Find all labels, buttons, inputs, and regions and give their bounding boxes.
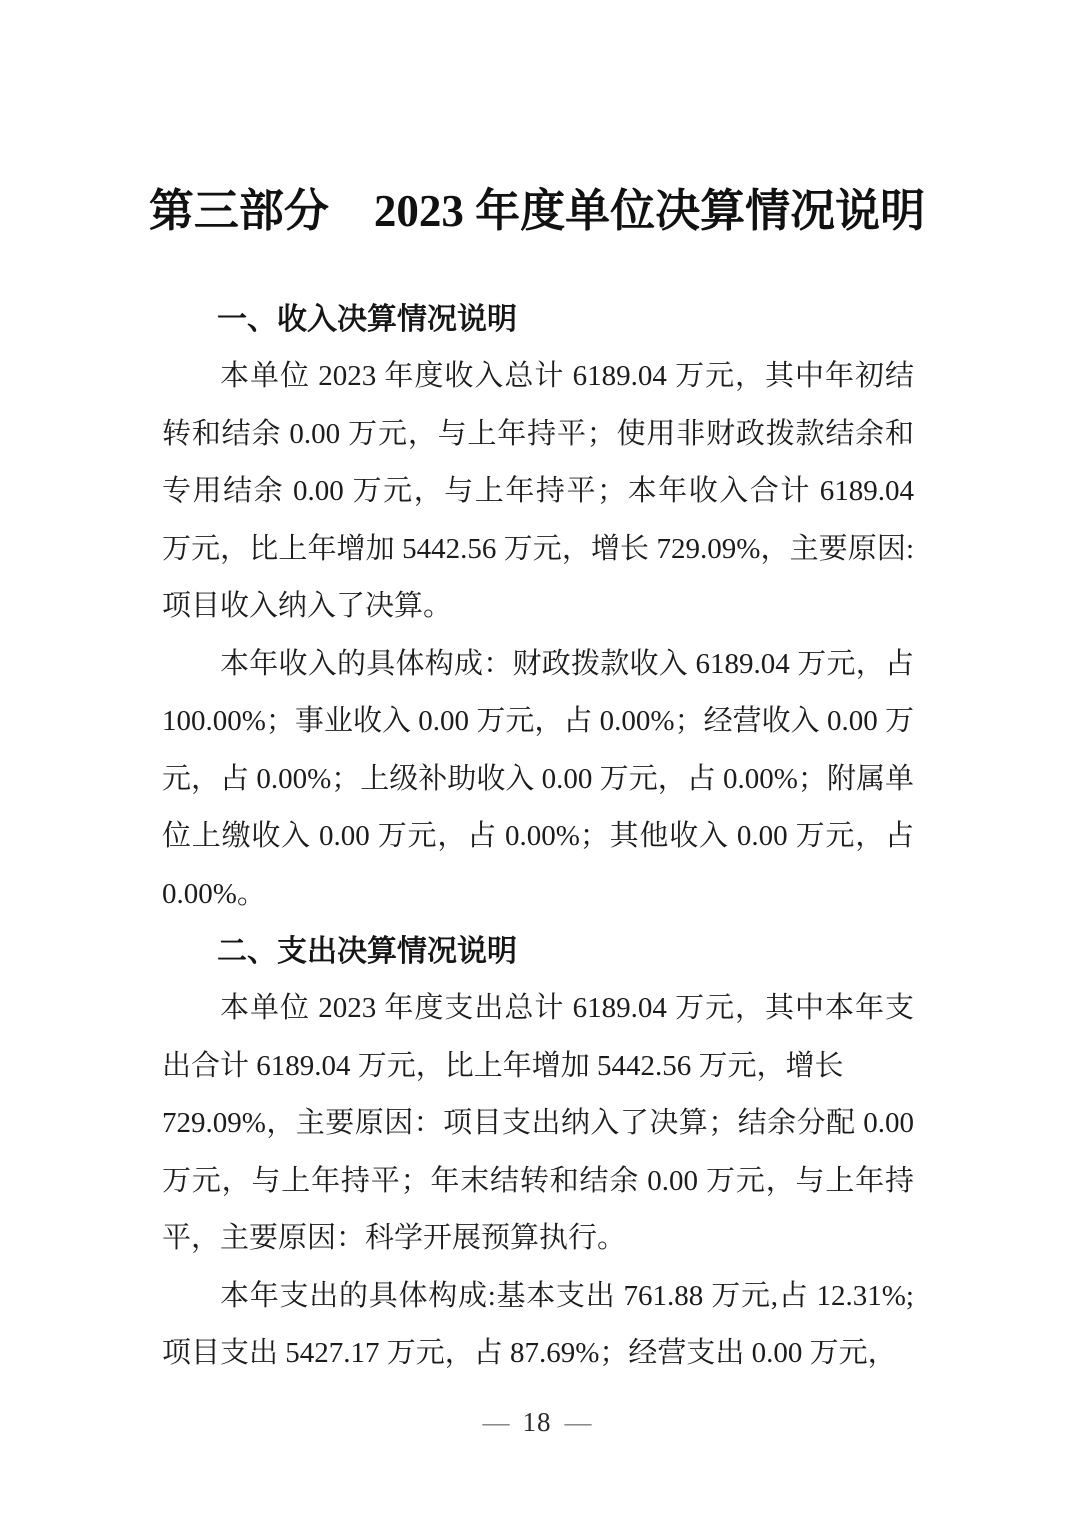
body-line: 万元，比上年增加 5442.56 万元，增长 729.09%，主要原因: xyxy=(162,521,914,579)
body-line: 项目收入纳入了决算。 xyxy=(162,578,914,636)
section-heading: 二、支出决算情况说明 xyxy=(162,923,914,981)
body-line: 项目支出 5427.17 万元，占 87.69%；经营支出 0.00 万元， xyxy=(162,1325,914,1383)
body-line: 本单位 2023 年度支出总计 6189.04 万元，其中本年支 xyxy=(162,980,914,1038)
body-line: 万元，与上年持平；年末结转和结余 0.00 万元，与上年持 xyxy=(162,1153,914,1211)
footer-dash-right: — xyxy=(565,1407,592,1437)
body-line: 100.00%；事业收入 0.00 万元，占 0.00%；经营收入 0.00 万 xyxy=(162,693,914,751)
body-line: 0.00%。 xyxy=(162,866,914,924)
body-line: 729.09%，主要原因：项目支出纳入了决算；结余分配 0.00 xyxy=(162,1095,914,1153)
body-line: 位上缴收入 0.00 万元，占 0.00%；其他收入 0.00 万元，占 xyxy=(162,808,914,866)
body-line: 出合计 6189.04 万元，比上年增加 5442.56 万元，增长 xyxy=(162,1038,914,1096)
body-line: 本单位 2023 年度收入总计 6189.04 万元，其中年初结 xyxy=(162,348,914,406)
page-number: 18 xyxy=(523,1407,552,1437)
body-line: 转和结余 0.00 万元，与上年持平；使用非财政拨款结余和 xyxy=(162,406,914,464)
body-line: 本年支出的具体构成:基本支出 761.88 万元,占 12.31%; xyxy=(162,1268,914,1326)
body-line: 元，占 0.00%；上级补助收入 0.00 万元，占 0.00%；附属单 xyxy=(162,751,914,809)
body-line: 专用结余 0.00 万元，与上年持平；本年收入合计 6189.04 xyxy=(162,463,914,521)
footer-dash-left: — xyxy=(483,1407,510,1437)
document-page: 第三部分 2023 年度单位决算情况说明 一、收入决算情况说明本单位 2023 … xyxy=(0,0,1074,1520)
section-heading: 一、收入决算情况说明 xyxy=(162,291,914,349)
page-title: 第三部分 2023 年度单位决算情况说明 xyxy=(0,180,1074,242)
page-footer: —18— xyxy=(0,1402,1074,1442)
body-line: 本年收入的具体构成：财政拨款收入 6189.04 万元，占 xyxy=(162,636,914,694)
body-line: 平，主要原因：科学开展预算执行。 xyxy=(162,1210,914,1268)
